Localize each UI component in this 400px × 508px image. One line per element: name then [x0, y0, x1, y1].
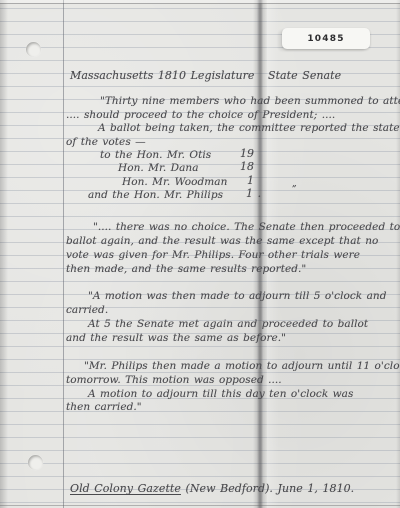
body-line: A motion to adjourn till this day ten o'… — [88, 388, 353, 400]
page-edge-top — [0, 3, 400, 4]
hole-punch-bottom — [28, 455, 43, 470]
vote-name: Hon. Mr. Woodman — [122, 176, 227, 188]
vote-name: Hon. Mr. Dana — [118, 162, 199, 174]
margin-line — [63, 0, 64, 508]
body-line: At 5 the Senate met again and proceeded … — [88, 318, 368, 330]
vote-value: 18 — [240, 161, 254, 173]
page-edge-bottom — [0, 505, 400, 506]
vote-name: and the Hon. Mr. Philips — [88, 189, 223, 201]
body-line: then made, and the same results reported… — [66, 263, 306, 275]
page-edge-left — [0, 0, 8, 508]
source-title: Old Colony Gazette — [70, 482, 181, 495]
body-line: "Thirty nine members who had been summon… — [100, 95, 400, 107]
catalog-number: 10485 — [307, 34, 344, 44]
body-line: tomorrow. This motion was opposed .... — [66, 374, 282, 386]
page-edge-right — [396, 0, 400, 508]
vote-value: 1 — [247, 175, 254, 187]
notebook-page: 10485 Massachusetts 1810 Legislature Sta… — [0, 0, 400, 508]
catalog-label: 10485 — [282, 28, 370, 49]
body-line: ".... there was no choice. The Senate th… — [93, 221, 400, 233]
heading-right: State Senate — [268, 70, 341, 82]
vote-name: to the Hon. Mr. Otis — [100, 149, 211, 161]
body-line: vote was given for Mr. Philips. Four oth… — [66, 249, 360, 261]
body-line: A ballot being taken, the committee repo… — [98, 122, 400, 134]
vote-value: 19 — [240, 148, 254, 160]
source-citation: Old Colony Gazette (New Bedford). June 1… — [70, 483, 354, 495]
body-line: and the result was the same as before." — [66, 332, 286, 344]
body-line: carried. — [66, 304, 108, 316]
heading-left: Massachusetts 1810 Legislature — [70, 70, 255, 82]
body-line: "Mr. Philips then made a motion to adjou… — [84, 360, 400, 372]
body-line: of the votes — — [66, 136, 146, 148]
body-line: .... should proceed to the choice of Pre… — [66, 109, 335, 121]
body-line: then carried." — [66, 401, 142, 413]
ditto-mark: „ — [292, 178, 297, 190]
hole-punch-top — [26, 42, 41, 57]
body-line: "A motion was then made to adjourn till … — [88, 290, 387, 302]
vote-value: 1 . — [246, 188, 261, 200]
source-rest: (New Bedford). June 1, 1810. — [181, 482, 354, 495]
body-line: ballot again, and the result was the sam… — [66, 235, 378, 247]
